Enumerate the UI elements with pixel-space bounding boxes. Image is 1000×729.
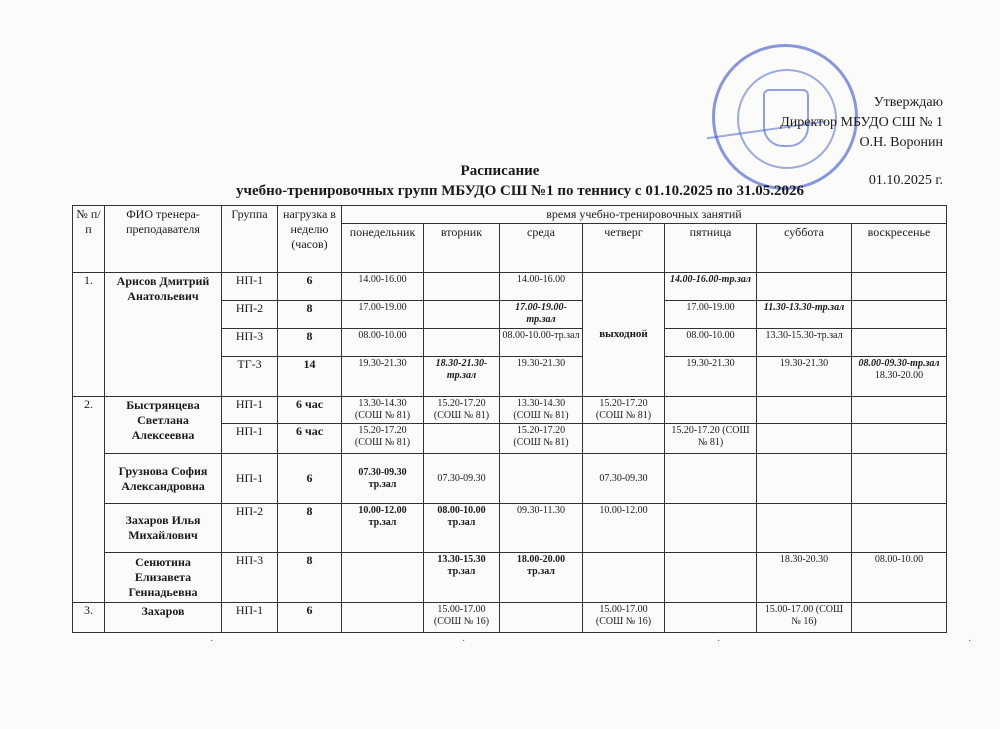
time-slot: 07.30-09.30 тр.зал bbox=[358, 467, 406, 490]
document-subtitle: учебно-тренировочных групп МБУДО СШ №1 п… bbox=[0, 183, 1000, 200]
schedule-cell: 15.20-17.20 (СОШ № 81) bbox=[665, 424, 757, 454]
header-day: пятница bbox=[665, 224, 757, 273]
trainer-name: Арисов Дмитрий Анатольевич bbox=[105, 273, 222, 397]
group-cell: НП-1 bbox=[222, 273, 278, 301]
time-slot: 18.30-20.30 bbox=[780, 554, 828, 565]
schedule-cell: 19.30-21.30 bbox=[500, 357, 583, 397]
trainer-name: Захаров Илья Михайлович bbox=[105, 504, 222, 553]
group-cell: НП-3 bbox=[222, 553, 278, 603]
header-num: № п/п bbox=[73, 206, 105, 273]
schedule-cell: 15.00-17.00 (СОШ № 16) bbox=[583, 603, 665, 633]
time-slot: 15.20-17.20 (СОШ № 81) bbox=[671, 425, 749, 448]
table-row: 3.ЗахаровНП-1615.00-17.00 (СОШ № 16)15.0… bbox=[73, 603, 947, 633]
scan-mark: · bbox=[968, 636, 971, 647]
schedule-cell bbox=[424, 424, 500, 454]
schedule-cell bbox=[852, 424, 947, 454]
time-slot: 13.30-14.30 (СОШ № 81) bbox=[355, 398, 410, 421]
header-day: четверг bbox=[583, 224, 665, 273]
time-slot: 08.00-10.00 bbox=[686, 330, 734, 341]
schedule-cell: 15.20-17.20 (СОШ № 81) bbox=[583, 397, 665, 424]
scan-mark: · bbox=[210, 636, 213, 647]
schedule-cell: 14.00-16.00 bbox=[342, 273, 424, 301]
trainer-name: Сенютина Елизавета Геннадьевна bbox=[105, 553, 222, 603]
group-cell: НП-2 bbox=[222, 301, 278, 329]
header-trainer: ФИО тренера-преподавателя bbox=[105, 206, 222, 273]
load-cell: 14 bbox=[278, 357, 342, 397]
schedule-cell bbox=[852, 603, 947, 633]
schedule-cell: 19.30-21.30 bbox=[757, 357, 852, 397]
time-slot: 09.30-11.30 bbox=[517, 505, 565, 516]
row-number: 3. bbox=[73, 603, 105, 633]
table-row: Захаров Илья МихайловичНП-2810.00-12.00 … bbox=[73, 504, 947, 553]
schedule-cell bbox=[665, 504, 757, 553]
schedule-cell: 13.30-15.30 тр.зал bbox=[424, 553, 500, 603]
schedule-cell: 15.20-17.20 (СОШ № 81) bbox=[500, 424, 583, 454]
schedule-cell: 08.00-10.00 bbox=[852, 553, 947, 603]
trainer-name: Захаров bbox=[105, 603, 222, 633]
header-load: нагрузка в неделю (часов) bbox=[278, 206, 342, 273]
group-cell: НП-2 bbox=[222, 504, 278, 553]
schedule-cell bbox=[500, 454, 583, 504]
time-slot: 15.00-17.00 (СОШ № 16) bbox=[596, 604, 651, 627]
trainer-name: Грузнова София Александровна bbox=[105, 454, 222, 504]
approval-label: Утверждаю bbox=[780, 93, 943, 113]
schedule-cell: 07.30-09.30 тр.зал bbox=[342, 454, 424, 504]
load-cell: 8 bbox=[278, 553, 342, 603]
schedule-cell: 19.30-21.30 bbox=[665, 357, 757, 397]
schedule-cell bbox=[583, 553, 665, 603]
schedule-cell bbox=[757, 273, 852, 301]
scan-mark: · bbox=[462, 636, 465, 647]
schedule-cell bbox=[342, 603, 424, 633]
schedule-cell: 17.00-19.00-тр.зал bbox=[500, 301, 583, 329]
schedule-cell bbox=[500, 603, 583, 633]
schedule-cell: 14.00-16.00-тр.зал bbox=[665, 273, 757, 301]
header-day: вторник bbox=[424, 224, 500, 273]
schedule-cell: 13.30-14.30 (СОШ № 81) bbox=[500, 397, 583, 424]
schedule-cell: 18.00-20.00 тр.зал bbox=[500, 553, 583, 603]
time-slot: 19.30-21.30 bbox=[517, 358, 565, 369]
time-slot: 19.30-21.30 bbox=[358, 358, 406, 369]
time-slot: 18.00-20.00 тр.зал bbox=[517, 554, 565, 577]
time-slot: 14.00-16.00 bbox=[358, 274, 406, 285]
time-slot: 15.00-17.00 (СОШ № 16) bbox=[765, 604, 843, 627]
table-row: Грузнова София АлександровнаНП-1607.30-0… bbox=[73, 454, 947, 504]
schedule-cell: 11.30-13.30-тр.зал bbox=[757, 301, 852, 329]
time-slot: 14.00-16.00-тр.зал bbox=[670, 274, 751, 285]
schedule-cell bbox=[852, 301, 947, 329]
group-cell: ТГ-3 bbox=[222, 357, 278, 397]
load-cell: 6 bbox=[278, 603, 342, 633]
time-slot: 08.00-10.00 bbox=[358, 330, 406, 341]
group-cell: НП-1 bbox=[222, 603, 278, 633]
group-cell: НП-1 bbox=[222, 454, 278, 504]
time-slot: 18.30-21.30-тр.зал bbox=[436, 358, 488, 381]
schedule-table: № п/п ФИО тренера-преподавателя Группа н… bbox=[72, 205, 947, 633]
schedule-cell: 18.30-21.30-тр.зал bbox=[424, 357, 500, 397]
table-row: 2.Быстрянцева Светлана АлексеевнаНП-16 ч… bbox=[73, 397, 947, 424]
schedule-cell: 15.20-17.20 (СОШ № 81) bbox=[342, 424, 424, 454]
schedule-cell bbox=[757, 504, 852, 553]
schedule-cell: 13.30-14.30 (СОШ № 81) bbox=[342, 397, 424, 424]
schedule-cell bbox=[757, 454, 852, 504]
schedule-cell bbox=[852, 454, 947, 504]
trainer-name: Быстрянцева Светлана Алексеевна bbox=[105, 397, 222, 454]
time-slot: 08.00-10.00-тр.зал bbox=[502, 330, 579, 341]
time-slot: 17.00-19.00 bbox=[686, 302, 734, 313]
schedule-cell bbox=[665, 603, 757, 633]
load-cell: 8 bbox=[278, 504, 342, 553]
time-slot: 08.00-09.30-тр.зал bbox=[859, 358, 940, 369]
time-slot: 11.30-13.30-тр.зал bbox=[764, 302, 844, 313]
schedule-cell bbox=[665, 454, 757, 504]
table-row: Сенютина Елизавета ГеннадьевнаНП-3813.30… bbox=[73, 553, 947, 603]
time-slot: 07.30-09.30 bbox=[437, 473, 485, 484]
time-slot: 15.20-17.20 (СОШ № 81) bbox=[355, 425, 410, 448]
schedule-cell: 15.00-17.00 (СОШ № 16) bbox=[424, 603, 500, 633]
approval-position: Директор МБУДО СШ № 1 bbox=[780, 113, 943, 133]
schedule-cell bbox=[852, 504, 947, 553]
schedule-cell: 10.00-12.00 тр.зал bbox=[342, 504, 424, 553]
load-cell: 8 bbox=[278, 329, 342, 357]
time-slot: 07.30-09.30 bbox=[599, 473, 647, 484]
schedule-cell bbox=[424, 273, 500, 301]
schedule-cell bbox=[583, 424, 665, 454]
header-day: среда bbox=[500, 224, 583, 273]
schedule-cell: 14.00-16.00 bbox=[500, 273, 583, 301]
time-slot-extra: 18.30-20.00 bbox=[854, 370, 944, 382]
time-slot: 13.30-14.30 (СОШ № 81) bbox=[513, 398, 568, 421]
time-slot: 17.00-19.00 bbox=[358, 302, 406, 313]
approval-signatory: О.Н. Воронин bbox=[780, 133, 943, 153]
schedule-cell bbox=[665, 553, 757, 603]
schedule-cell: 09.30-11.30 bbox=[500, 504, 583, 553]
load-cell: 6 bbox=[278, 273, 342, 301]
schedule-cell: 08.00-10.00 bbox=[342, 329, 424, 357]
schedule-cell bbox=[852, 397, 947, 424]
group-cell: НП-1 bbox=[222, 397, 278, 424]
header-day: суббота bbox=[757, 224, 852, 273]
header-day: воскресенье bbox=[852, 224, 947, 273]
schedule-cell bbox=[757, 424, 852, 454]
header-time: время учебно-тренировочных занятий bbox=[342, 206, 947, 224]
document-title: Расписание bbox=[0, 163, 1000, 180]
time-slot: 14.00-16.00 bbox=[517, 274, 565, 285]
schedule-cell bbox=[424, 329, 500, 357]
schedule-cell bbox=[852, 273, 947, 301]
schedule-cell: 08.00-09.30-тр.зал18.30-20.00 bbox=[852, 357, 947, 397]
time-slot: 08.00-10.00 тр.зал bbox=[437, 505, 485, 528]
schedule-cell bbox=[342, 553, 424, 603]
schedule-cell bbox=[665, 397, 757, 424]
schedule-cell bbox=[424, 301, 500, 329]
time-slot: 17.00-19.00-тр.зал bbox=[515, 302, 567, 325]
schedule-cell: 17.00-19.00 bbox=[342, 301, 424, 329]
load-cell: 6 час bbox=[278, 397, 342, 424]
schedule-cell: 08.00-10.00 bbox=[665, 329, 757, 357]
time-slot: 19.30-21.30 bbox=[686, 358, 734, 369]
schedule-cell: 07.30-09.30 bbox=[424, 454, 500, 504]
schedule-cell: 18.30-20.30 bbox=[757, 553, 852, 603]
schedule-cell: 07.30-09.30 bbox=[583, 454, 665, 504]
schedule-cell: 08.00-10.00 тр.зал bbox=[424, 504, 500, 553]
header-group: Группа bbox=[222, 206, 278, 273]
time-slot: 19.30-21.30 bbox=[780, 358, 828, 369]
time-slot: 15.20-17.20 (СОШ № 81) bbox=[434, 398, 489, 421]
time-slot: 13.30-15.30 тр.зал bbox=[437, 554, 485, 577]
schedule-cell bbox=[852, 329, 947, 357]
time-slot: 10.00-12.00 тр.зал bbox=[358, 505, 406, 528]
header-day: понедельник bbox=[342, 224, 424, 273]
group-cell: НП-3 bbox=[222, 329, 278, 357]
schedule-cell: 08.00-10.00-тр.зал bbox=[500, 329, 583, 357]
schedule-cell: 13.30-15.30-тр.зал bbox=[757, 329, 852, 357]
time-slot: 10.00-12.00 bbox=[599, 505, 647, 516]
load-cell: 8 bbox=[278, 301, 342, 329]
schedule-cell: 10.00-12.00 bbox=[583, 504, 665, 553]
schedule-cell: 19.30-21.30 bbox=[342, 357, 424, 397]
time-slot: 08.00-10.00 bbox=[875, 554, 923, 565]
row-number: 1. bbox=[73, 273, 105, 397]
time-slot: 15.00-17.00 (СОШ № 16) bbox=[434, 604, 489, 627]
thursday-off-cell: выходной bbox=[583, 273, 665, 397]
schedule-cell bbox=[757, 397, 852, 424]
time-slot: 13.30-15.30-тр.зал bbox=[765, 330, 842, 341]
group-cell: НП-1 bbox=[222, 424, 278, 454]
schedule-cell: 17.00-19.00 bbox=[665, 301, 757, 329]
time-slot: 15.20-17.20 (СОШ № 81) bbox=[513, 425, 568, 448]
load-cell: 6 bbox=[278, 454, 342, 504]
schedule-cell: 15.00-17.00 (СОШ № 16) bbox=[757, 603, 852, 633]
time-slot: 15.20-17.20 (СОШ № 81) bbox=[596, 398, 651, 421]
row-number: 2. bbox=[73, 397, 105, 603]
table-row: 1.Арисов Дмитрий АнатольевичНП-1614.00-1… bbox=[73, 273, 947, 301]
schedule-cell: 15.20-17.20 (СОШ № 81) bbox=[424, 397, 500, 424]
scan-mark: · bbox=[717, 636, 720, 647]
load-cell: 6 час bbox=[278, 424, 342, 454]
